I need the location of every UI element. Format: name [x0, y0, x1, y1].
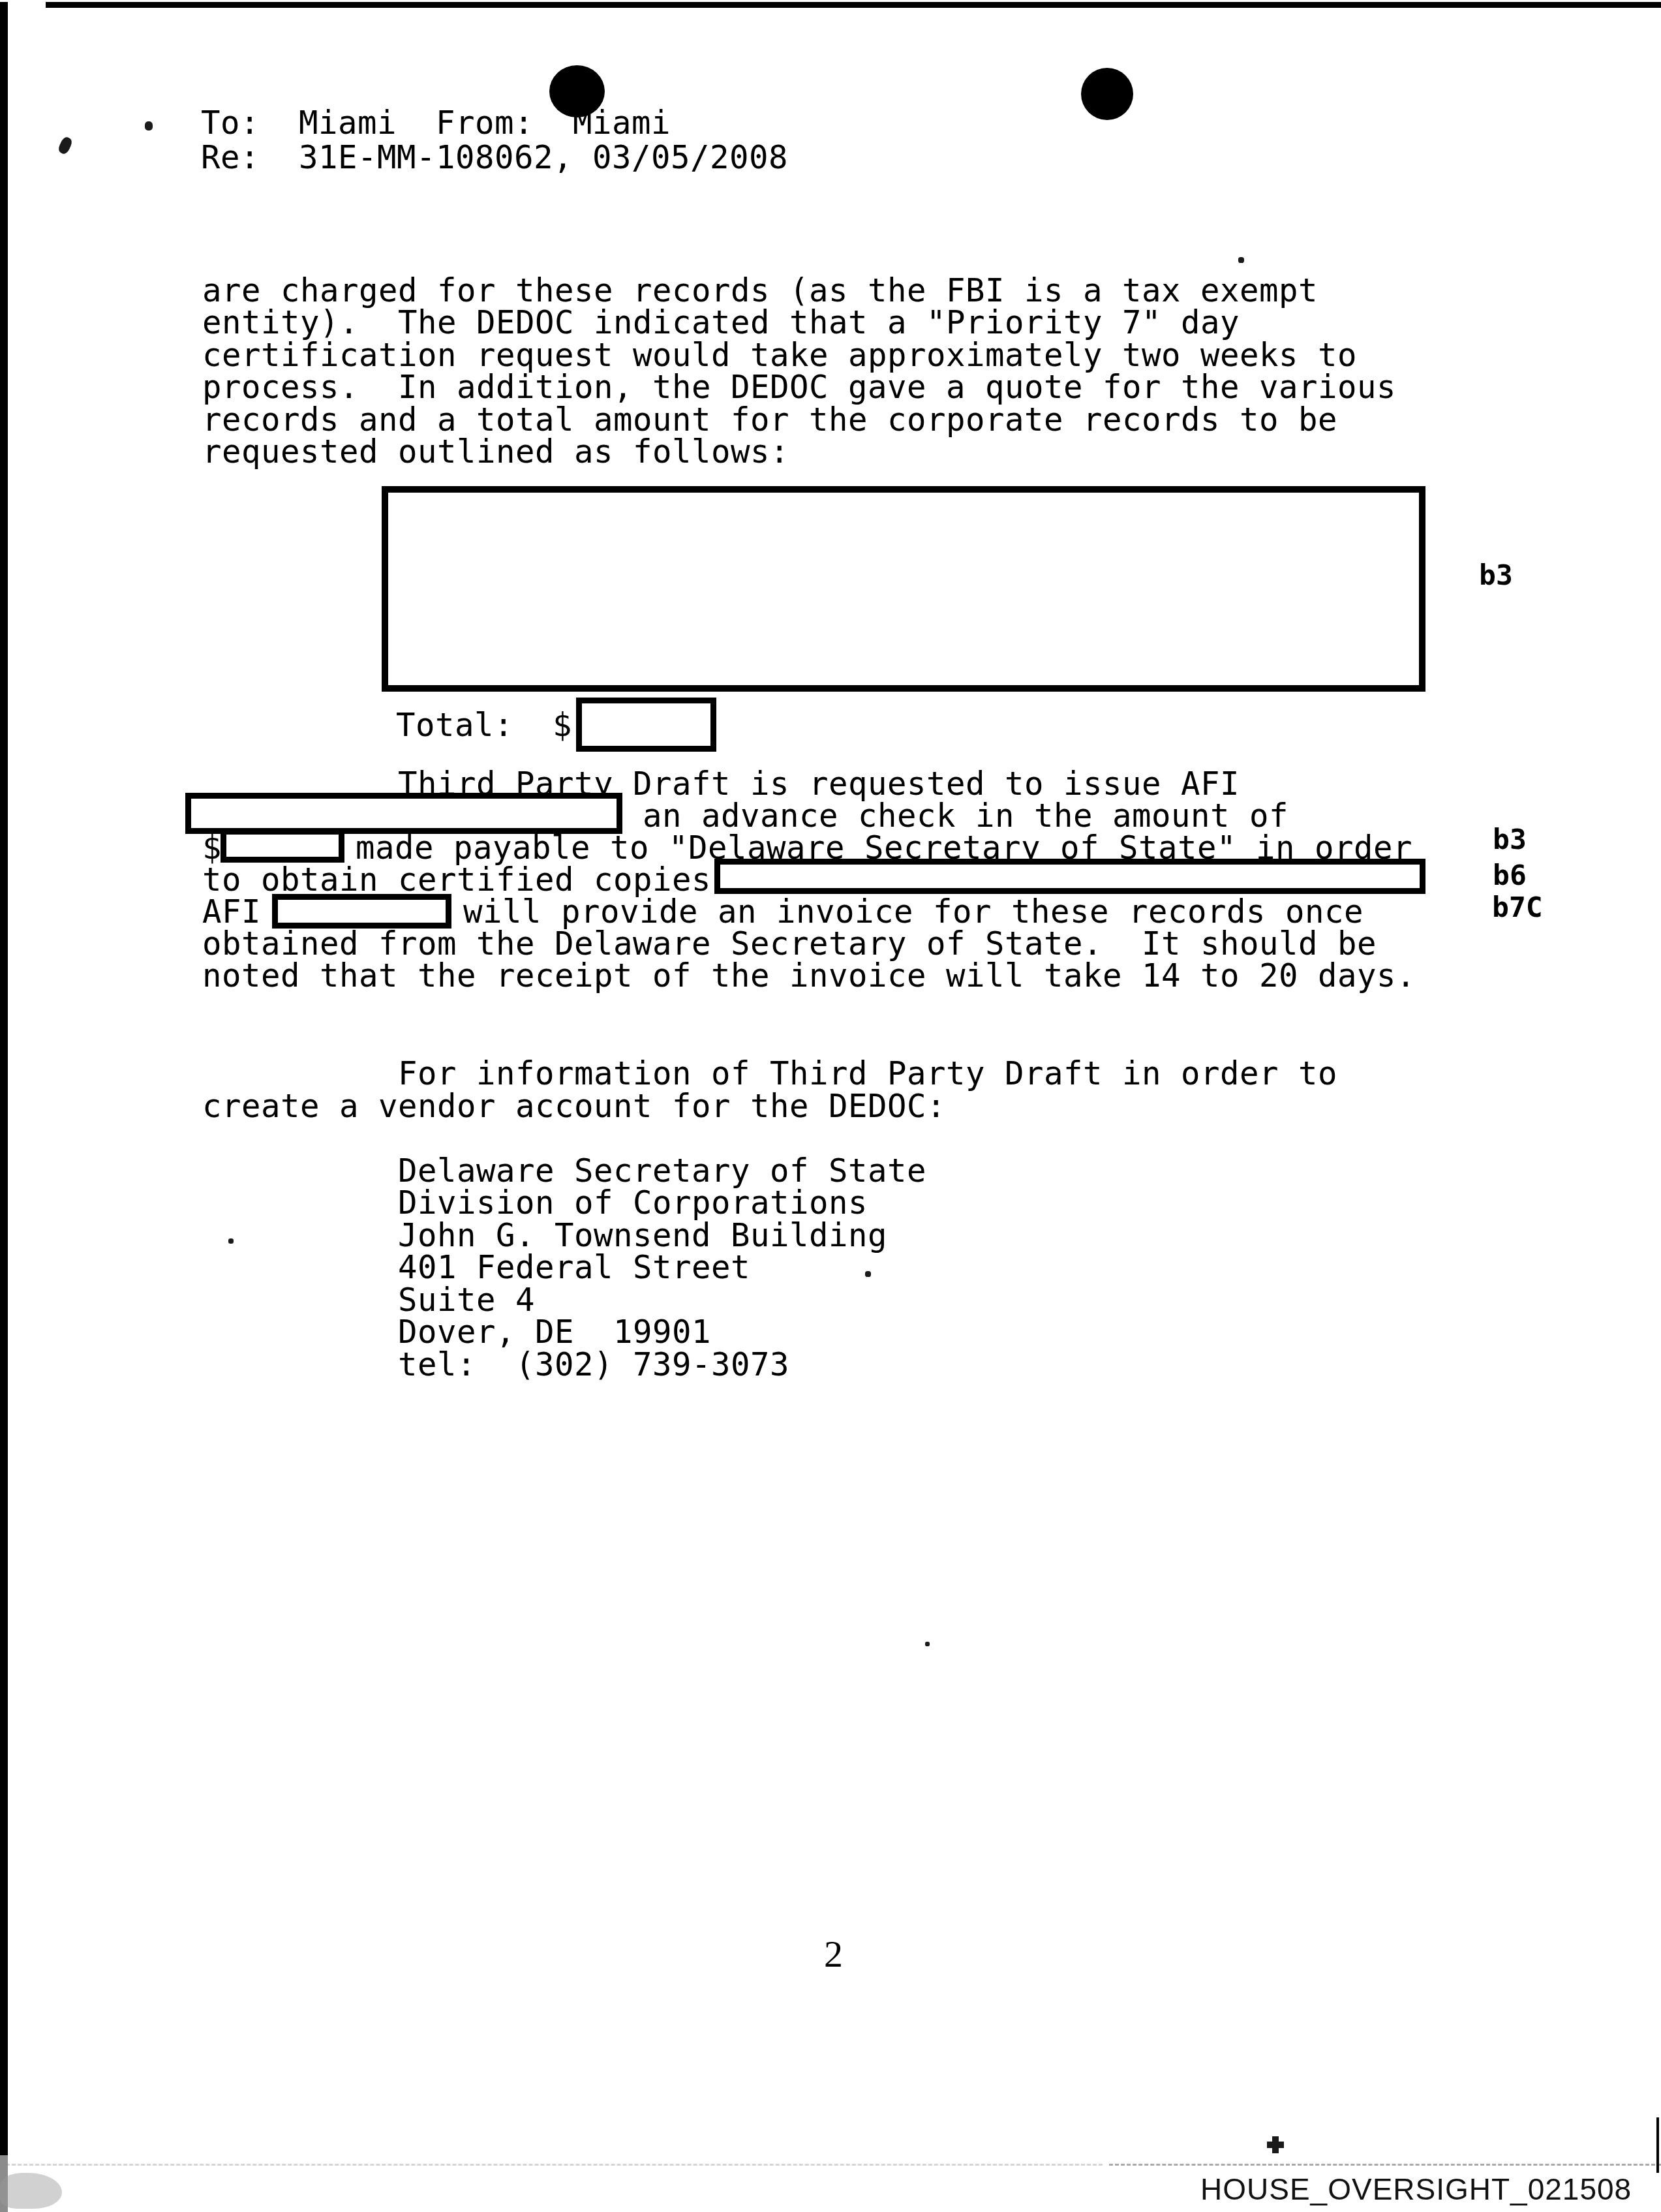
redaction-box-payee: [185, 793, 622, 834]
address-line: Delaware Secretary of State: [398, 1155, 926, 1187]
redaction-box-total-amount: [576, 698, 716, 752]
redaction-code-b7c: b7C: [1492, 894, 1543, 922]
address-line: Suite 4: [398, 1284, 535, 1316]
bates-watermark: HOUSE_OVERSIGHT_021508: [1200, 2174, 1632, 2204]
total-line: Total: $: [396, 709, 572, 741]
scan-speck: [145, 121, 153, 131]
scan-bottom-line: [1109, 2164, 1661, 2166]
redaction-code-b3: b3: [1493, 826, 1527, 854]
scan-bottom-line: [0, 2164, 1103, 2166]
document-page: To: Miami From: Miami Re: 31E-MM-108062,…: [0, 0, 1661, 2212]
black-dot-redaction: [1081, 68, 1133, 120]
scan-right-tick: [1656, 2117, 1659, 2173]
body-paragraph2-line: obtained from the Delaware Secretary of …: [202, 928, 1377, 960]
scan-speck-plus: [1267, 2142, 1284, 2148]
body-paragraph3-line: create a vendor account for the DEDOC:: [202, 1090, 946, 1122]
body-paragraph2-line: AFI: [202, 896, 261, 928]
scan-speck: [925, 1642, 930, 1646]
dollar-sign: $: [202, 832, 222, 864]
redaction-box-quote: [382, 486, 1425, 692]
body-paragraph3-line: For information of Third Party Draft in …: [398, 1058, 1337, 1090]
header-to-from-line: To: Miami From: Miami: [201, 107, 671, 139]
address-line: Division of Corporations: [398, 1187, 868, 1219]
body-paragraph2-line: noted that the receipt of the invoice wi…: [202, 960, 1416, 992]
body-paragraph1-line: certification request would take approxi…: [202, 339, 1357, 371]
scan-left-border: [0, 2, 8, 2155]
redaction-box-amount: [221, 829, 344, 863]
address-line: 401 Federal Street: [398, 1252, 750, 1283]
body-paragraph2-line: will provide an invoice for these record…: [463, 896, 1364, 928]
scan-speck: [57, 136, 73, 155]
redaction-code-b3: b3: [1479, 562, 1513, 590]
body-paragraph1-line: records and a total amount for the corpo…: [202, 404, 1337, 436]
body-paragraph1-line: process. In addition, the DEDOC gave a q…: [202, 371, 1396, 403]
body-paragraph2-line: an advance check in the amount of: [643, 800, 1288, 832]
address-line: John G. Townsend Building: [398, 1220, 887, 1252]
redaction-code-b6: b6: [1493, 862, 1527, 890]
scan-smudge: [0, 2173, 62, 2209]
scan-speck: [865, 1271, 871, 1277]
scan-top-border: [46, 2, 1661, 8]
redaction-box-copies: [714, 859, 1425, 894]
body-paragraph1-line: requested outlined as follows:: [202, 436, 789, 468]
address-line: tel: (302) 739-3073: [398, 1349, 789, 1381]
scan-speck: [228, 1238, 234, 1244]
page-number: 2: [824, 1935, 843, 1973]
address-line: Dover, DE 19901: [398, 1316, 711, 1348]
header-re-line: Re: 31E-MM-108062, 03/05/2008: [201, 142, 788, 174]
redaction-box-afi-name: [272, 894, 451, 929]
body-paragraph1-line: are charged for these records (as the FB…: [202, 275, 1318, 307]
body-paragraph1-line: entity). The DEDOC indicated that a "Pri…: [202, 307, 1240, 339]
scan-speck: [1238, 257, 1244, 263]
body-paragraph2-line: to obtain certified copies: [202, 864, 711, 896]
